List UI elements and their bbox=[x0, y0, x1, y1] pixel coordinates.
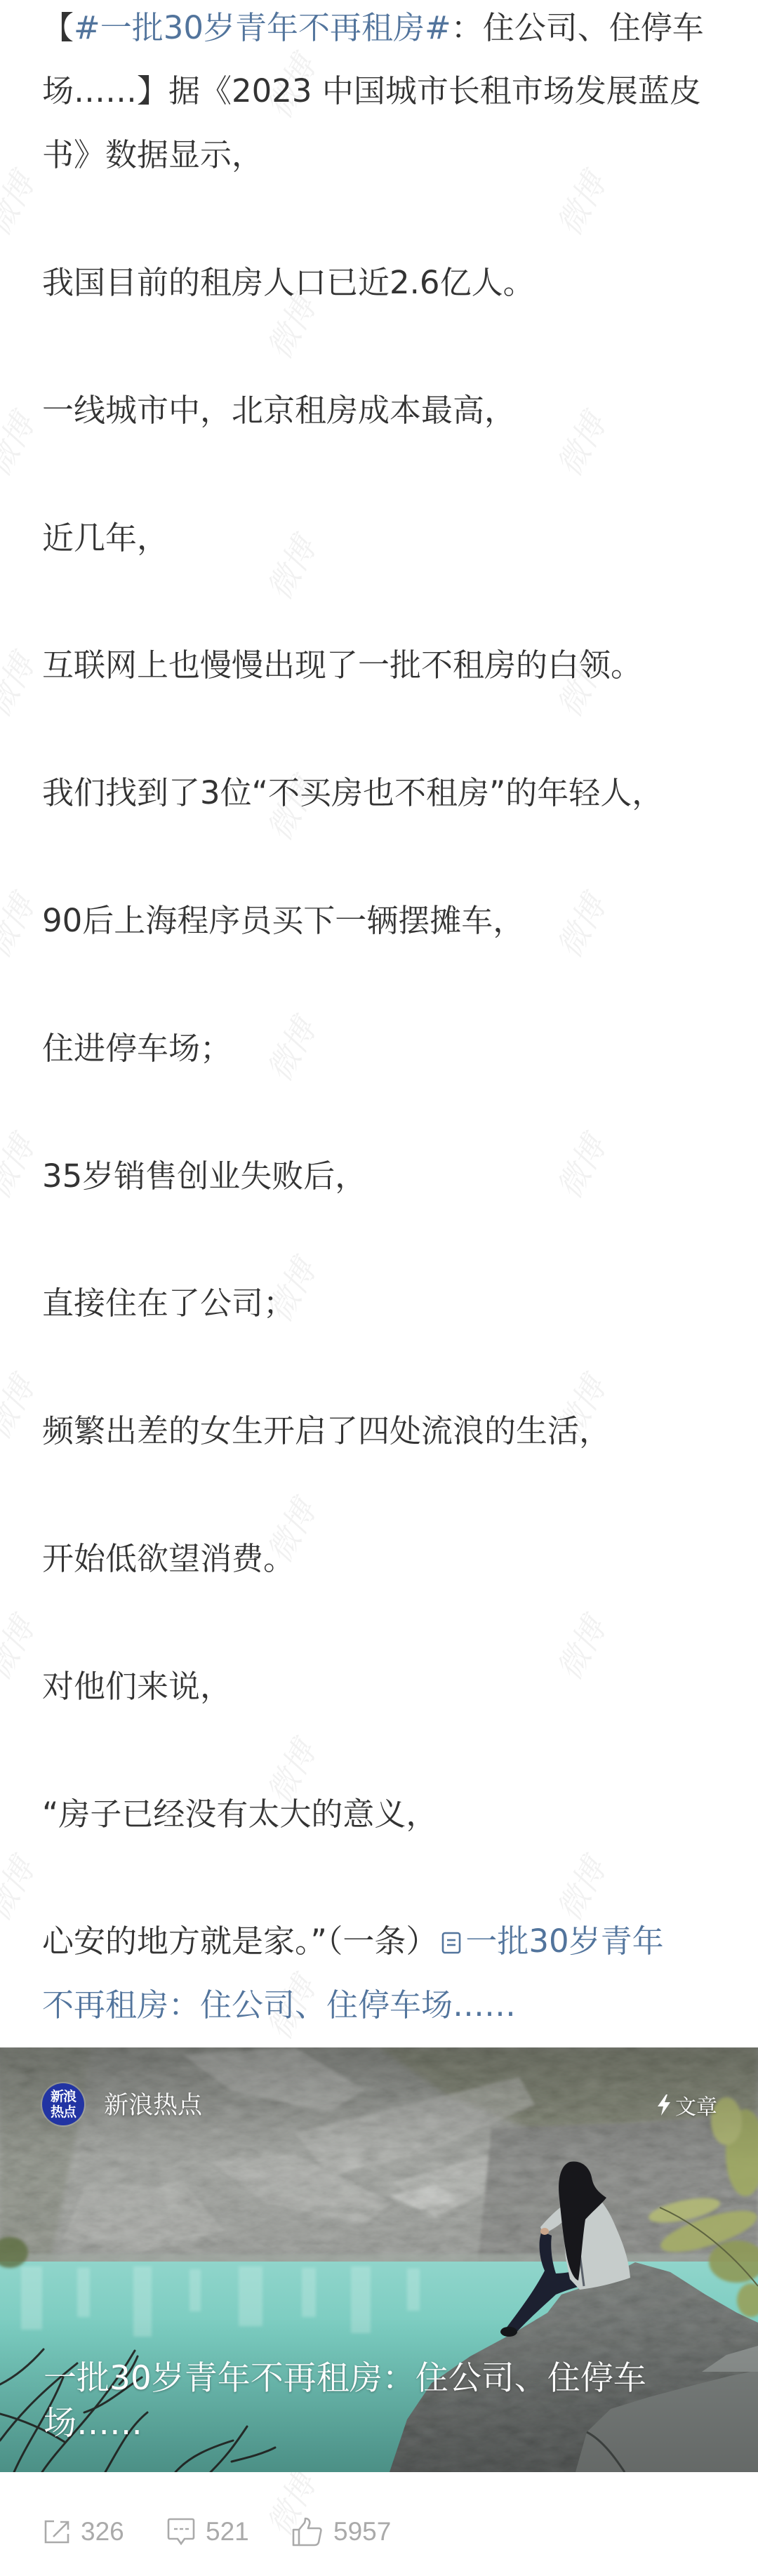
paragraph: 互联网上也慢慢出现了一批不租房的白领。 bbox=[42, 634, 737, 698]
card-title[interactable]: 一批30岁青年不再租房：住公司、住停车 场…… bbox=[44, 2356, 731, 2446]
action-bar: 326 521 5957 bbox=[0, 2506, 758, 2558]
article-card[interactable]: 新浪 热点 新浪热点 文章 一批30岁青年不再租房：住公司、住停车 场…… bbox=[0, 2047, 758, 2472]
paragraph: 35岁销售创业失败后， bbox=[42, 1145, 737, 1209]
type-badge-label: 文章 bbox=[675, 2090, 717, 2120]
like-icon bbox=[292, 2517, 323, 2547]
paragraph: 我国目前的租房人口已近2.6亿人。 bbox=[42, 251, 737, 315]
paragraph: 90后上海程序员买下一辆摆摊车， bbox=[42, 889, 737, 953]
closing-text: 心安的地方就是家。”（一条） bbox=[42, 1923, 437, 1960]
watermark: 微博 bbox=[0, 646, 44, 724]
comment-icon bbox=[167, 2518, 195, 2546]
watermark: 微博 bbox=[0, 164, 44, 243]
open-bracket: 【 bbox=[42, 9, 74, 46]
article-link-title[interactable]: 一批30岁青年 bbox=[465, 1923, 663, 1960]
watermark: 微博 bbox=[0, 1609, 44, 1687]
paragraph: 直接住在了公司； bbox=[42, 1272, 737, 1336]
paragraph: “房子已经没有太大的意义， bbox=[42, 1783, 737, 1847]
card-title-line-1: 一批30岁青年不再租房：住公司、住停车 bbox=[44, 2356, 731, 2401]
like-button[interactable]: 5957 bbox=[292, 2506, 391, 2558]
hashtag-link[interactable]: #一批30岁青年不再租房# bbox=[74, 9, 451, 46]
watermark: 微博 bbox=[0, 405, 44, 484]
paragraph: 一线城市中，北京租房成本最高， bbox=[42, 379, 737, 443]
closing-line-2: 不再租房：住公司、住停车场…… bbox=[42, 1974, 737, 2038]
comment-button[interactable]: 521 bbox=[167, 2506, 249, 2558]
lead-paragraph: 【#一批30岁青年不再租房#：住公司、住停车 场……】据《2023 中国城市长租… bbox=[42, 0, 737, 187]
avatar-text-top: 新浪 bbox=[51, 2089, 76, 2104]
lightning-icon bbox=[657, 2094, 671, 2116]
paragraph: 近几年， bbox=[42, 507, 737, 571]
paragraph: 我们找到了3位“不买房也不租房”的年轻人， bbox=[42, 762, 737, 825]
source-name[interactable]: 新浪热点 bbox=[104, 2090, 202, 2122]
watermark: 微博 bbox=[0, 1127, 44, 1206]
avatar-text-bottom: 热点 bbox=[51, 2104, 76, 2120]
paragraph: 频繁出差的女生开启了四处流浪的生活， bbox=[42, 1400, 737, 1463]
watermark: 微博 bbox=[0, 1850, 44, 1928]
repost-icon bbox=[44, 2520, 70, 2544]
comment-count: 521 bbox=[206, 2517, 249, 2547]
card-title-line-2: 场…… bbox=[44, 2401, 731, 2446]
like-count: 5957 bbox=[333, 2517, 391, 2547]
source-avatar[interactable]: 新浪 热点 bbox=[42, 2083, 84, 2125]
type-badge: 文章 bbox=[657, 2090, 717, 2120]
article-icon bbox=[441, 1932, 461, 1954]
repost-count: 326 bbox=[81, 2517, 124, 2547]
lead-line-2: 场……】据《2023 中国城市长租市场发展蓝皮 bbox=[42, 60, 737, 124]
lead-line-3: 书》数据显示， bbox=[42, 124, 737, 187]
paragraph: 住进停车场； bbox=[42, 1017, 737, 1081]
paragraph: 开始低欲望消费。 bbox=[42, 1527, 737, 1591]
closing-paragraph: 心安的地方就是家。”（一条）一批30岁青年 不再租房：住公司、住停车场…… bbox=[42, 1910, 737, 2038]
paragraph: 对他们来说， bbox=[42, 1655, 737, 1719]
closing-line-1: 心安的地方就是家。”（一条）一批30岁青年 bbox=[42, 1910, 737, 1974]
watermark: 微博 bbox=[0, 887, 44, 965]
post-body: 【#一批30岁青年不再租房#：住公司、住停车 场……】据《2023 中国城市长租… bbox=[42, 0, 737, 2038]
lead-line-1: 【#一批30岁青年不再租房#：住公司、住停车 bbox=[42, 0, 737, 60]
article-link-continued[interactable]: 不再租房：住公司、住停车场…… bbox=[42, 1986, 516, 2024]
headline-text: ：住公司、住停车 bbox=[451, 9, 704, 46]
repost-button[interactable]: 326 bbox=[44, 2506, 124, 2558]
watermark: 微博 bbox=[0, 1368, 44, 1447]
article-link[interactable]: 一批30岁青年 bbox=[437, 1923, 663, 1960]
